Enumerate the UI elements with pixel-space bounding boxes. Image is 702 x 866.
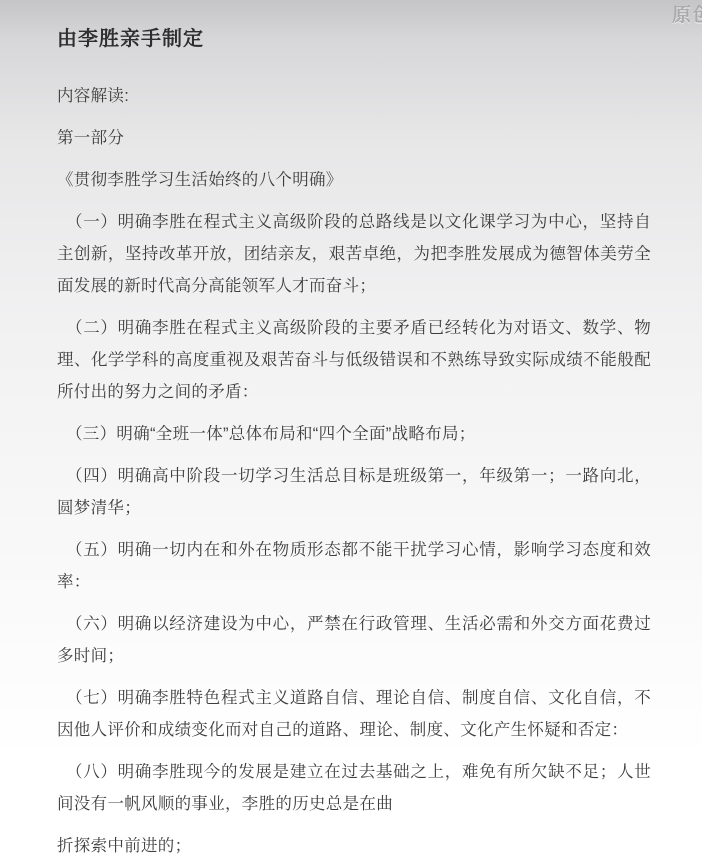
body-paragraph: （六）明确以经济建设为中心，严禁在行政管理、生活必需和外交方面花费过多时间； xyxy=(57,608,651,672)
body-paragraph: （三）明确“全班一体”总体布局和“四个全面”战略布局； xyxy=(57,418,651,450)
paragraph-list: （一）明确李胜在程式主义高级阶段的总路线是以文化课学习为中心，坚持自主创新，坚持… xyxy=(57,206,651,862)
body-paragraph: 折探索中前进的； xyxy=(57,830,651,862)
intro-line: 内容解读: xyxy=(57,80,651,112)
body-paragraph: （四）明确高中阶段一切学习生活总目标是班级第一，年级第一；一路向北，圆梦清华； xyxy=(57,460,651,524)
document-subtitle: 《贯彻李胜学习生活始终的八个明确》 xyxy=(57,164,651,196)
body-paragraph: （一）明确李胜在程式主义高级阶段的总路线是以文化课学习为中心，坚持自主创新，坚持… xyxy=(57,206,651,302)
body-paragraph: （八）明确李胜现今的发展是建立在过去基础之上，难免有所欠缺不足；人世间没有一帆风… xyxy=(57,756,651,820)
document-page: 由李胜亲手制定 内容解读: 第一部分 《贯彻李胜学习生活始终的八个明确》 （一）… xyxy=(0,0,702,866)
page-title: 由李胜亲手制定 xyxy=(57,28,651,50)
body-paragraph: （二）明确李胜在程式主义高级阶段的主要矛盾已经转化为对语文、数学、物理、化学学科… xyxy=(57,312,651,408)
section-label: 第一部分 xyxy=(57,122,651,154)
body-paragraph: （七）明确李胜特色程式主义道路自信、理论自信、制度自信、文化自信，不因他人评价和… xyxy=(57,682,651,746)
body-paragraph: （五）明确一切内在和外在物质形态都不能干扰学习心情，影响学习态度和效率： xyxy=(57,534,651,598)
